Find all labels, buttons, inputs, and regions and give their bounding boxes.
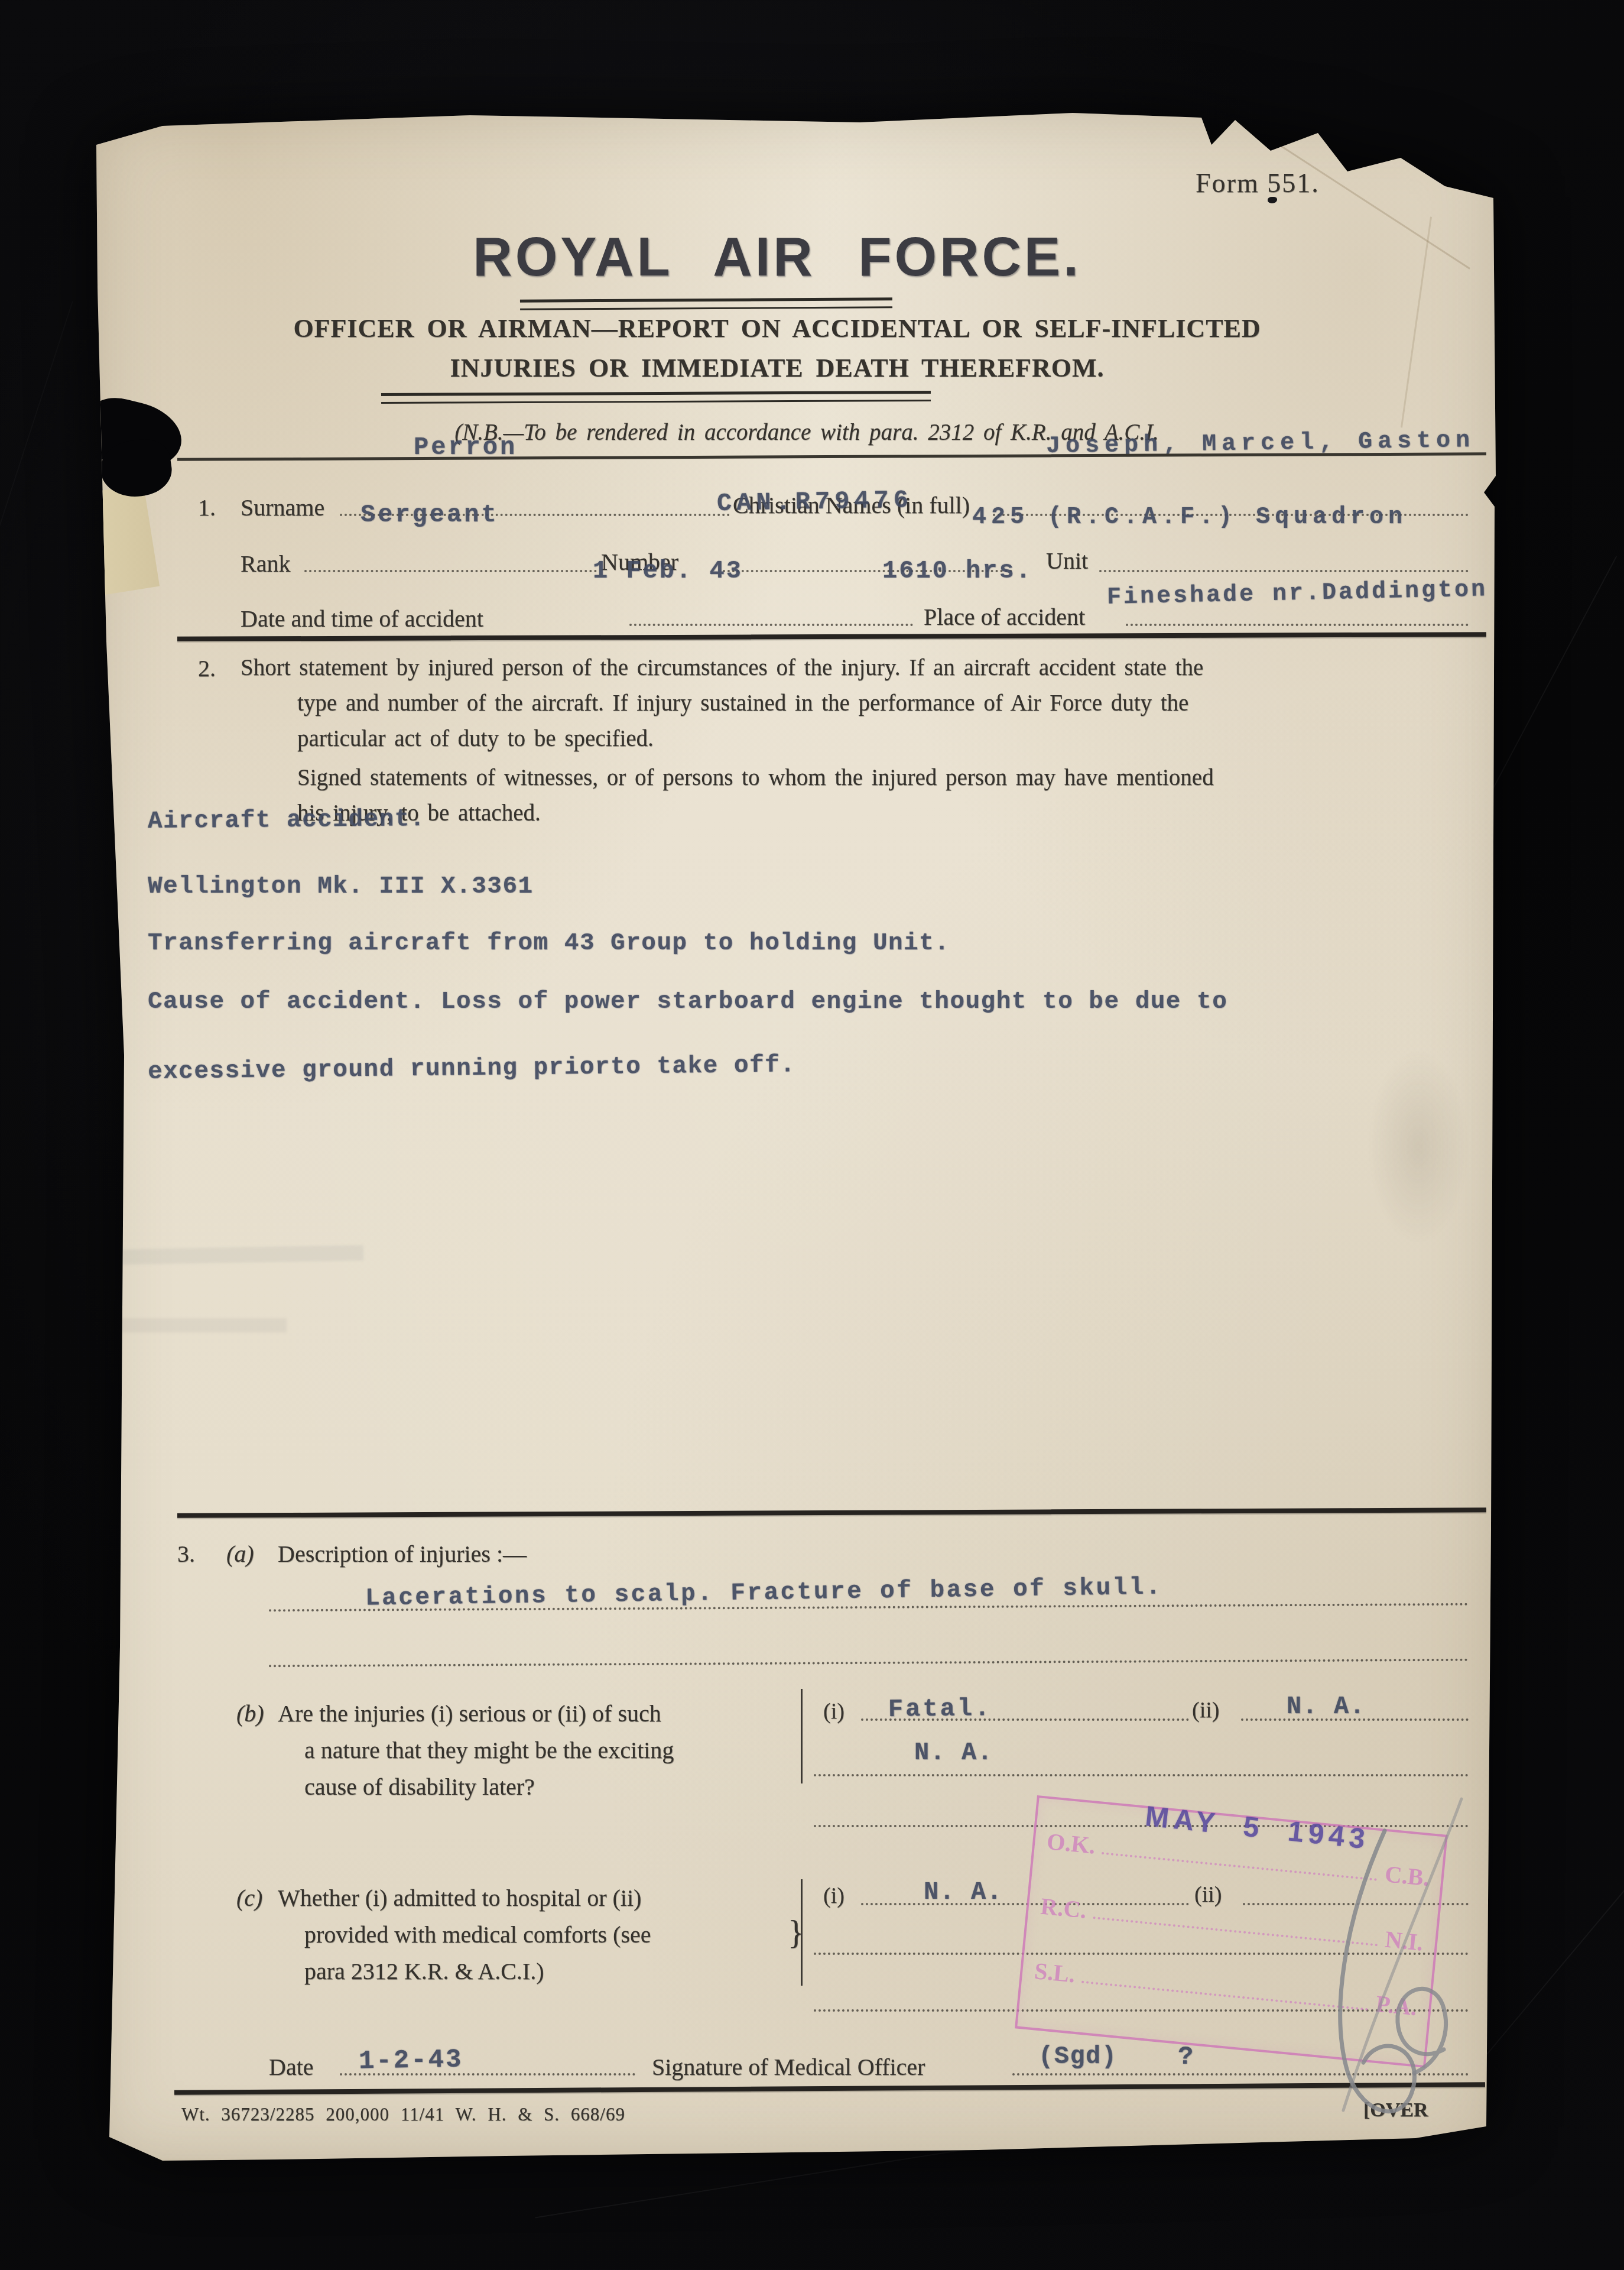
- answer-separator-line: [801, 1879, 803, 1986]
- section3b-line: Are the injuries (i) serious or (ii) of …: [278, 1700, 661, 1727]
- signature-stroke: [1343, 1799, 1461, 2110]
- typed-c-i-answer: N. A.: [924, 1878, 1003, 1906]
- section3a-label: (a): [226, 1540, 254, 1568]
- typed-statement: Wellington Mk. III X.3361: [148, 873, 534, 900]
- answer-dotted-line: [814, 1774, 1469, 1776]
- roman-i-label: (i): [823, 1883, 845, 1909]
- section3c-line: provided with medical comforts (see: [304, 1921, 651, 1948]
- scanned-form-wrapper: Form 551. ROYAL AIR FORCE. OFFICER OR AI…: [92, 109, 1501, 2165]
- section3c-line: Whether (i) admitted to hospital or (ii): [278, 1884, 641, 1912]
- stamp-cell: R.C.: [1040, 1892, 1088, 1924]
- section3b-label: (b): [236, 1700, 264, 1727]
- roman-i-label: (i): [823, 1698, 845, 1724]
- section1-number: 1.: [198, 494, 216, 521]
- section3a-title: Description of injuries :—: [278, 1540, 527, 1568]
- section2-line: Short statement by injured person of the…: [241, 654, 1203, 681]
- surname-label: Surname: [241, 494, 324, 521]
- answer-separator-line: [801, 1689, 803, 1783]
- unit-label: Unit: [1046, 547, 1088, 575]
- typed-statement: Transferring aircraft from 43 Group to h…: [148, 930, 950, 957]
- datetime-dotted-line: [629, 624, 913, 626]
- typed-sgd: (Sgd): [1038, 2042, 1118, 2071]
- rank-label: Rank: [241, 550, 290, 578]
- stamp-cell: O.K.: [1045, 1827, 1096, 1860]
- entry-squadron: 425 (R.C.A.F.) Squadron: [972, 504, 1407, 531]
- stamp-cell: S.L.: [1033, 1957, 1076, 1988]
- typed-statement: Cause of accident. Loss of power starboa…: [148, 988, 1227, 1016]
- typed-date-value: 1-2-43: [359, 2045, 463, 2076]
- date-label: Date: [269, 2053, 314, 2081]
- typed-b-ii-answer: N. A.: [1287, 1692, 1366, 1721]
- bleed-through-mark: [109, 1318, 287, 1332]
- datetime-label: Date and time of accident: [241, 605, 483, 633]
- typed-b-i-answer: Fatal.: [888, 1694, 992, 1724]
- section2-line: type and number of the aircraft. If inju…: [297, 690, 1188, 716]
- section2-number: 2.: [198, 654, 216, 682]
- entry-place: Fineshade nr.Daddington: [1107, 576, 1488, 611]
- crease-line: [1401, 217, 1432, 428]
- entry-rank: Sergeant: [360, 501, 499, 529]
- unit-dotted-line: [1099, 570, 1469, 572]
- injuries-dotted-line: [269, 1659, 1469, 1668]
- subtitle-line2: INJURIES OR IMMEDIATE DEATH THEREFROM.: [192, 353, 1362, 383]
- entry-date: 1 Feb. 43: [593, 557, 743, 585]
- entry-service-number: CAN.R79476: [717, 486, 914, 518]
- place-label: Place of accident: [924, 603, 1085, 631]
- place-dotted-line: [1126, 624, 1469, 626]
- form-paper: Form 551. ROYAL AIR FORCE. OFFICER OR AI…: [92, 109, 1501, 2165]
- typed-statement: excessive ground running priorto take of…: [148, 1052, 796, 1085]
- signature-stroke: [1340, 1831, 1415, 2112]
- section3-number: 3.: [177, 1540, 195, 1568]
- section-divider-rule: [177, 632, 1486, 641]
- section2-line: particular act of duty to be specified.: [297, 725, 654, 752]
- subtitle-line1: OFFICER OR AIRMAN—REPORT ON ACCIDENTAL O…: [192, 313, 1362, 343]
- background-scratch: [0, 301, 73, 526]
- bleed-through-mark: [1368, 1049, 1469, 1244]
- section3b-line: cause of disability later?: [304, 1773, 535, 1801]
- page-title: ROYAL AIR FORCE.: [434, 226, 1120, 288]
- signature-scrawl: [1274, 1794, 1477, 2155]
- section3c-label: (c): [236, 1884, 262, 1912]
- roman-ii-label: (ii): [1192, 1697, 1219, 1723]
- signature-label: Signature of Medical Officer: [652, 2053, 925, 2081]
- rank-dotted-line: [304, 570, 597, 572]
- section3b-line: a nature that they might be the exciting: [304, 1736, 674, 1764]
- typed-signature-value: ?: [1178, 2042, 1194, 2072]
- form-number: Form 551.: [1196, 167, 1320, 199]
- typed-b-answer2: N. A.: [914, 1739, 993, 1767]
- typed-statement: Aircraft accident.: [148, 806, 426, 835]
- section-divider-rule: [177, 1507, 1486, 1518]
- subtitle-rule: [381, 391, 931, 404]
- bleed-through-mark: [109, 1245, 363, 1265]
- signature-stroke: [1398, 1989, 1446, 2073]
- header-rule: [177, 452, 1486, 461]
- section3c-line: para 2312 K.R. & A.C.I.): [304, 1957, 544, 1985]
- entry-time: 1610 hrs.: [882, 557, 1032, 585]
- title-rule: [520, 297, 892, 310]
- section2-line: Signed statements of witnesses, or of pe…: [297, 764, 1214, 791]
- printer-imprint: Wt. 36723/2285 200,000 11/41 W. H. & S. …: [181, 2104, 625, 2125]
- tape-patch: [87, 484, 160, 595]
